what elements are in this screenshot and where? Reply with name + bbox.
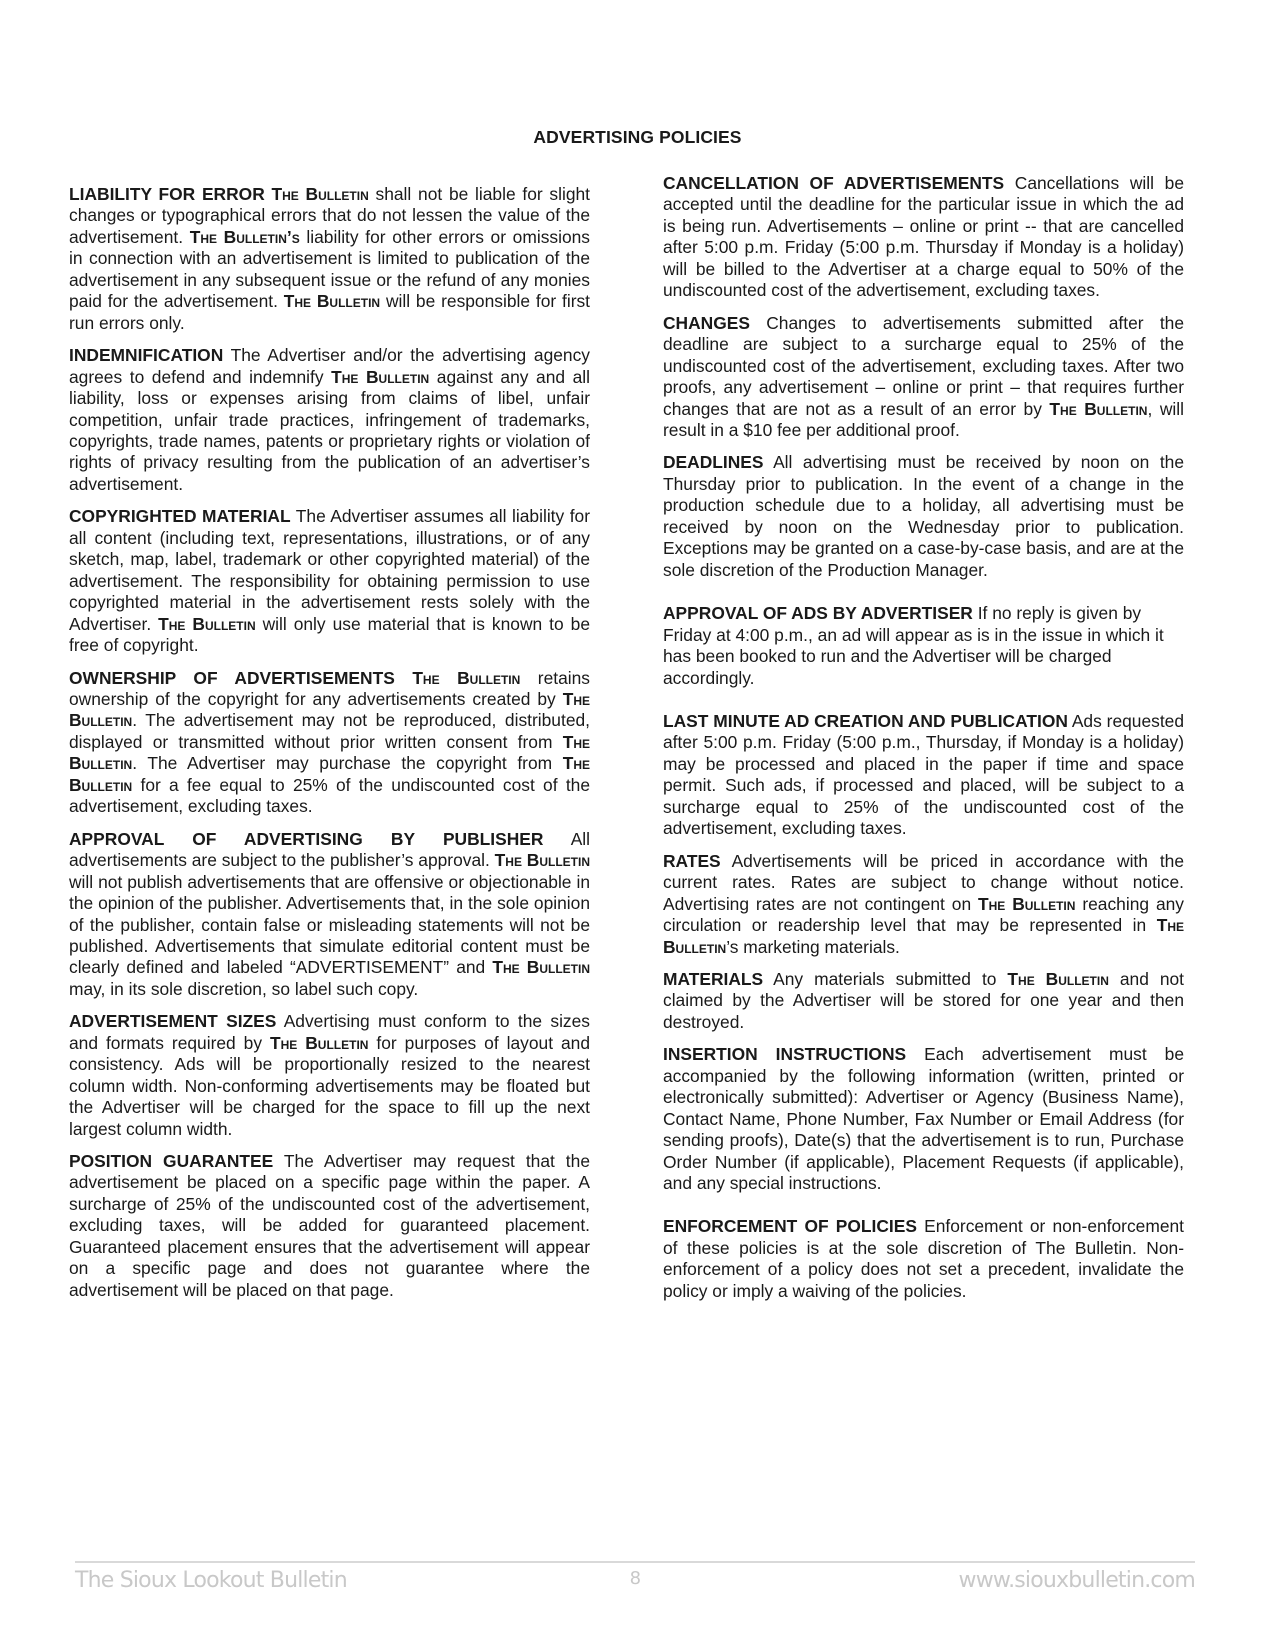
page-title: ADVERTISING POLICIES (0, 127, 1275, 148)
policy-text: for a fee equal to 25% of the undiscount… (69, 775, 590, 816)
left-column: LIABILITY FOR ERROR The Bulletin shall n… (69, 184, 590, 1312)
policy-advertisement-sizes: ADVERTISEMENT SIZES Advertising must con… (69, 1011, 590, 1140)
publication-name: The Bulletin (1049, 399, 1147, 419)
policy-liability-for-error: LIABILITY FOR ERROR The Bulletin shall n… (69, 184, 590, 334)
policy-rates: RATES Advertisements will be priced in a… (663, 851, 1184, 958)
publication-name: The Bulletin (978, 894, 1075, 914)
policy-text: Any materials submitted to (773, 969, 1007, 989)
policy-heading: APPROVAL OF ADVERTISING BY PUBLISHER (69, 829, 543, 849)
policy-heading: RATES (663, 851, 721, 871)
policy-heading: MATERIALS (663, 969, 763, 989)
policy-approval-of-advertising-by-publisher: APPROVAL OF ADVERTISING BY PUBLISHER All… (69, 829, 590, 1001)
policy-heading: DEADLINES (663, 452, 764, 472)
policy-heading: ENFORCEMENT OF POLICIES (663, 1216, 917, 1236)
publication-name: The Bulletin (284, 291, 380, 311)
policy-heading: POSITION GUARANTEE (69, 1151, 273, 1171)
policy-text: Each advertisement must be accompanied b… (663, 1044, 1184, 1193)
policy-insertion-instructions: INSERTION INSTRUCTIONS Each advertisemen… (663, 1044, 1184, 1194)
page-footer: The Sioux Lookout Bulletin 8 www.siouxbu… (75, 1568, 1195, 1598)
policy-materials: MATERIALS Any materials submitted to The… (663, 969, 1184, 1033)
publication-name: The Bulletin (272, 184, 369, 204)
policy-text: may, in its sole discretion, so label su… (69, 979, 418, 999)
policy-heading: INDEMNIFICATION (69, 345, 223, 365)
policy-indemnification: INDEMNIFICATION The Advertiser and/or th… (69, 345, 590, 495)
publication-name: The Bulletin (1007, 969, 1108, 989)
footer-divider (75, 1561, 1195, 1563)
policy-text: . The advertisement may not be reproduce… (69, 710, 590, 751)
policy-heading: APPROVAL OF ADS BY ADVERTISER (663, 603, 973, 623)
policy-text: The Advertiser may request that the adve… (69, 1151, 590, 1300)
right-column: CANCELLATION OF ADVERTISEMENTS Cancellat… (663, 173, 1184, 1313)
policy-approval-of-ads-by-advertiser: APPROVAL OF ADS BY ADVERTISER If no repl… (663, 603, 1184, 689)
policy-heading: CHANGES (663, 313, 750, 333)
publication-name: The Bulletin (492, 957, 590, 977)
policy-position-guarantee: POSITION GUARANTEE The Advertiser may re… (69, 1151, 590, 1301)
publication-name: The Bulletin (270, 1033, 368, 1053)
policy-text: . The Advertiser may purchase the copyri… (132, 753, 562, 773)
policy-heading: OWNERSHIP OF ADVERTISEMENTS (69, 668, 395, 688)
policy-heading: LAST MINUTE AD CREATION AND PUBLICATION (663, 711, 1068, 731)
policy-heading: CANCELLATION OF ADVERTISEMENTS (663, 173, 1004, 193)
footer-website-link[interactable]: www.siouxbulletin.com (959, 1568, 1195, 1593)
policy-heading: INSERTION INSTRUCTIONS (663, 1044, 906, 1064)
policy-copyrighted-material: COPYRIGHTED MATERIAL The Advertiser assu… (69, 506, 590, 656)
policy-last-minute-ad-creation-and-publication: LAST MINUTE AD CREATION AND PUBLICATION … (663, 711, 1184, 840)
policy-deadlines: DEADLINES All advertising must be receiv… (663, 452, 1184, 581)
policy-changes: CHANGES Changes to advertisements submit… (663, 313, 1184, 442)
policy-enforcement-of-policies: ENFORCEMENT OF POLICIES Enforcement or n… (663, 1216, 1184, 1302)
publication-name: The Bulletin’s (190, 227, 300, 247)
policy-text: ’s marketing materials. (726, 937, 900, 957)
publication-name: The Bulletin (158, 614, 255, 634)
policy-heading: COPYRIGHTED MATERIAL (69, 506, 291, 526)
publication-name: The Bulletin (331, 367, 429, 387)
policy-cancellation-of-advertisements: CANCELLATION OF ADVERTISEMENTS Cancellat… (663, 173, 1184, 302)
publication-name: The Bulletin (412, 668, 520, 688)
publication-name: The Bulletin (495, 850, 590, 870)
policy-heading: ADVERTISEMENT SIZES (69, 1011, 276, 1031)
policy-heading: LIABILITY FOR ERROR (69, 184, 265, 204)
policy-ownership-of-advertisements: OWNERSHIP OF ADVERTISEMENTS The Bulletin… (69, 668, 590, 818)
